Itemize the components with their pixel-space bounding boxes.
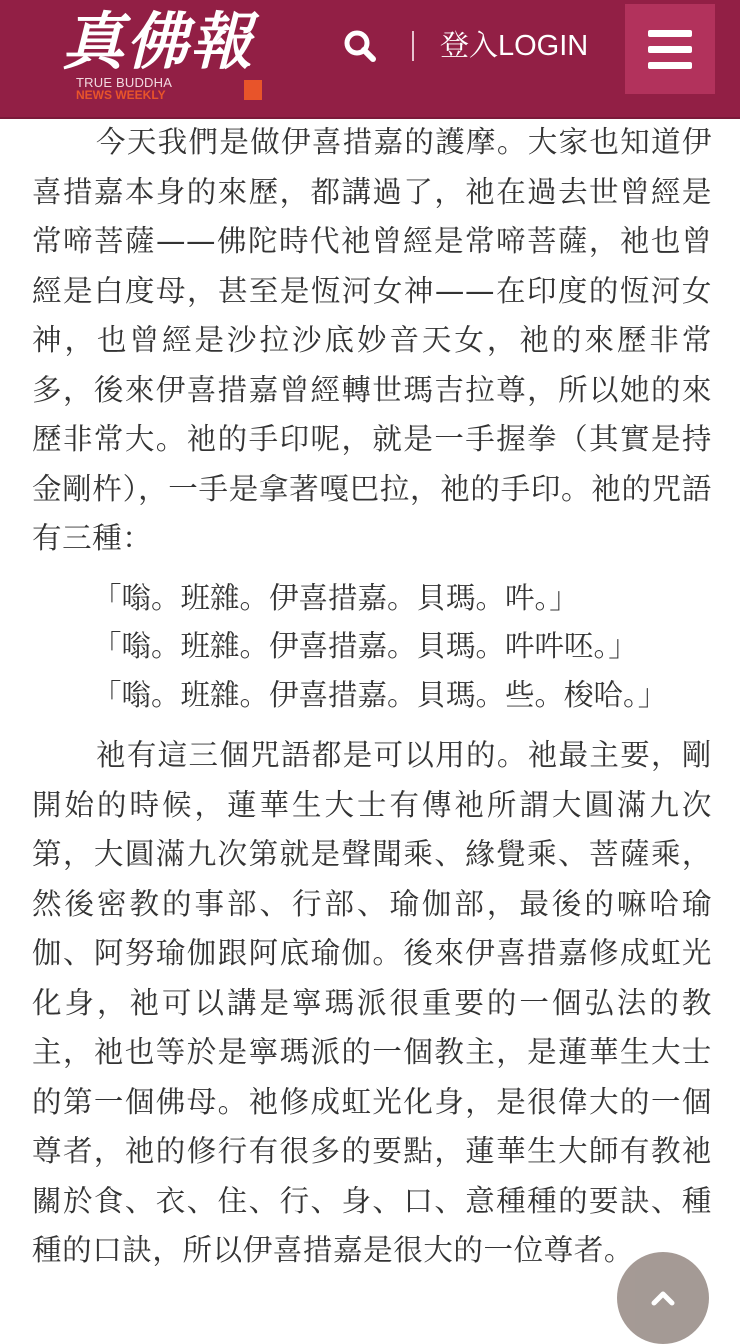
article-body: 今天我們是做伊喜措嘉的護摩。大家也知道伊喜措嘉本身的來歷，都講過了，祂在過去世曾…	[32, 118, 712, 1276]
chevron-up-icon	[650, 1289, 676, 1307]
logo-seal-stamp-icon	[244, 80, 262, 100]
mantra-line: 「嗡。班雜。伊喜措嘉。貝瑪。吽。」	[92, 574, 712, 623]
logo-chinese-title: 真佛報	[62, 4, 254, 80]
site-logo[interactable]: 真佛報 TRUE BUDDHA NEWS WEEKLY	[60, 4, 280, 104]
hamburger-menu-icon-bar	[648, 46, 692, 53]
search-icon	[343, 29, 377, 63]
login-link[interactable]: 登入LOGIN	[440, 26, 588, 66]
mantra-list: 「嗡。班雜。伊喜措嘉。貝瑪。吽。」 「嗡。班雜。伊喜措嘉。貝瑪。吽吽呸。」 「嗡…	[32, 574, 712, 720]
header-divider	[412, 31, 414, 61]
hamburger-menu-icon-bar	[648, 62, 692, 69]
hamburger-menu-icon	[648, 30, 692, 37]
article-paragraph-2: 祂有這三個咒語都是可以用的。祂最主要，剛開始的時候，蓮華生大士有傳祂所謂大圓滿九…	[32, 731, 712, 1276]
back-to-top-button[interactable]	[617, 1252, 709, 1344]
menu-button[interactable]	[625, 4, 715, 94]
logo-english-line2: NEWS WEEKLY	[76, 89, 166, 101]
search-button[interactable]	[340, 26, 380, 66]
site-header: 真佛報 TRUE BUDDHA NEWS WEEKLY 登入LOGIN	[0, 0, 740, 119]
article-paragraph-1: 今天我們是做伊喜措嘉的護摩。大家也知道伊喜措嘉本身的來歷，都講過了，祂在過去世曾…	[32, 118, 712, 564]
mantra-line: 「嗡。班雜。伊喜措嘉。貝瑪。吽吽呸。」	[92, 622, 712, 671]
mantra-line: 「嗡。班雜。伊喜措嘉。貝瑪。些。梭哈。」	[92, 671, 712, 720]
